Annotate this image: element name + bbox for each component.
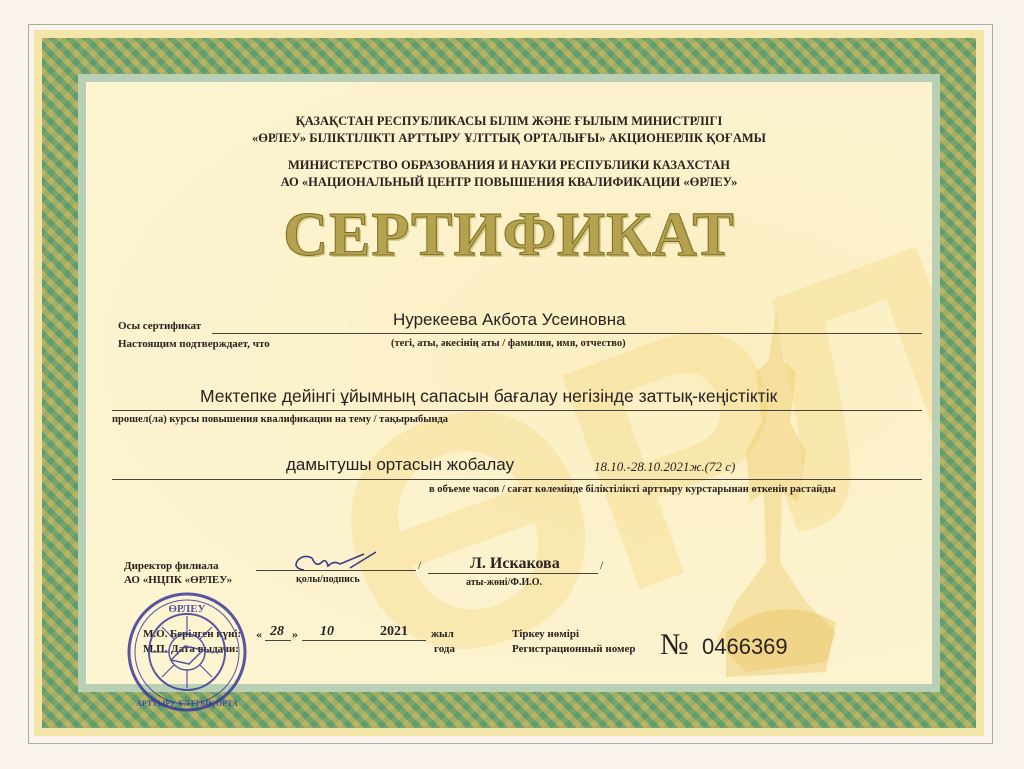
signer-name-underline xyxy=(428,573,598,574)
year-label-ru: года xyxy=(434,643,455,655)
recipient-name: Нурекеева Акбота Усеиновна xyxy=(393,310,626,330)
issue-month-underline xyxy=(302,640,358,641)
certificate-title: СЕРТИФИКАТ xyxy=(86,200,932,271)
recipient-label-ru: Настоящим подтверждает, что xyxy=(118,338,270,350)
course-topic-caption: прошел(ла) курсы повышения квалификации … xyxy=(112,414,448,425)
hours-caption: в объеме часов / сағат көлемінде білікті… xyxy=(429,484,836,495)
registration-label-ru: Регистрационный номер xyxy=(512,643,635,655)
director-role-line-2: АО «НЦПК «ӨРЛЕУ» xyxy=(124,574,232,586)
signer-name: Л. Искакова xyxy=(470,555,560,573)
header-kz-line-1: ҚАЗАҚСТАН РЕСПУБЛИКАСЫ БІЛІМ ЖӘНЕ ҒЫЛЫМ … xyxy=(86,113,932,130)
course-topic-underline xyxy=(112,410,922,411)
course-topic-line-2: дамытушы ортасын жобалау xyxy=(286,455,514,475)
header-ru-line-2: АО «НАЦИОНАЛЬНЫЙ ЦЕНТР ПОВЫШЕНИЯ КВАЛИФИ… xyxy=(86,174,932,191)
issue-day: 28 xyxy=(270,624,284,640)
stamp-bottom-text: АРТТЫРУ ҰЛТТЫҚ ОРТА xyxy=(136,699,238,708)
issue-day-underline xyxy=(265,640,291,641)
signature-caption: қолы/подпись xyxy=(296,574,360,585)
recipient-caption: (тегі, аты, әкесінің аты / фамилия, имя,… xyxy=(391,338,626,349)
issue-year-underline xyxy=(356,640,426,641)
quote-close: » xyxy=(292,627,298,642)
recipient-underline xyxy=(212,333,922,334)
signature-separator-2: / xyxy=(600,558,603,573)
year-label-kz: жыл xyxy=(431,628,454,640)
recipient-label-kz: Осы сертификат xyxy=(118,320,201,332)
signer-name-caption: аты-жөні/Ф.И.О. xyxy=(466,577,542,588)
issue-month: 10 xyxy=(320,624,334,640)
signature-underline xyxy=(256,570,416,571)
signature-icon xyxy=(290,548,380,576)
course-topic-line-1: Мектепке дейінгі ұйымның сапасын бағалау… xyxy=(200,386,777,407)
registration-label-kz: Тіркеу нөмірі xyxy=(512,628,579,640)
signature-separator-1: / xyxy=(418,558,421,573)
header-kz-line-2: «ӨРЛЕУ» БІЛІКТІЛІКТІ АРТТЫРУ ҰЛТТЫҚ ОРТА… xyxy=(86,130,932,147)
number-sign: № xyxy=(660,628,689,662)
official-stamp-icon: ӨРЛЕУ АРТТЫРУ ҰЛТТЫҚ ОРТА xyxy=(115,590,265,715)
course-period-underline xyxy=(112,479,922,480)
director-role-line-1: Директор филиала xyxy=(124,560,219,572)
stamp-top-text: ӨРЛЕУ xyxy=(168,603,205,615)
issue-year: 2021 xyxy=(380,624,408,640)
registration-number: 0466369 xyxy=(702,634,788,660)
course-period: 18.10.-28.10.2021ж.(72 с) xyxy=(594,459,735,475)
header-ru-line-1: МИНИСТЕРСТВО ОБРАЗОВАНИЯ И НАУКИ РЕСПУБЛ… xyxy=(86,157,932,174)
certificate-page: ӨРЛЕУ ҚАЗАҚСТАН РЕСПУБЛИКАСЫ БІЛІМ ЖӘНЕ … xyxy=(0,0,1024,769)
